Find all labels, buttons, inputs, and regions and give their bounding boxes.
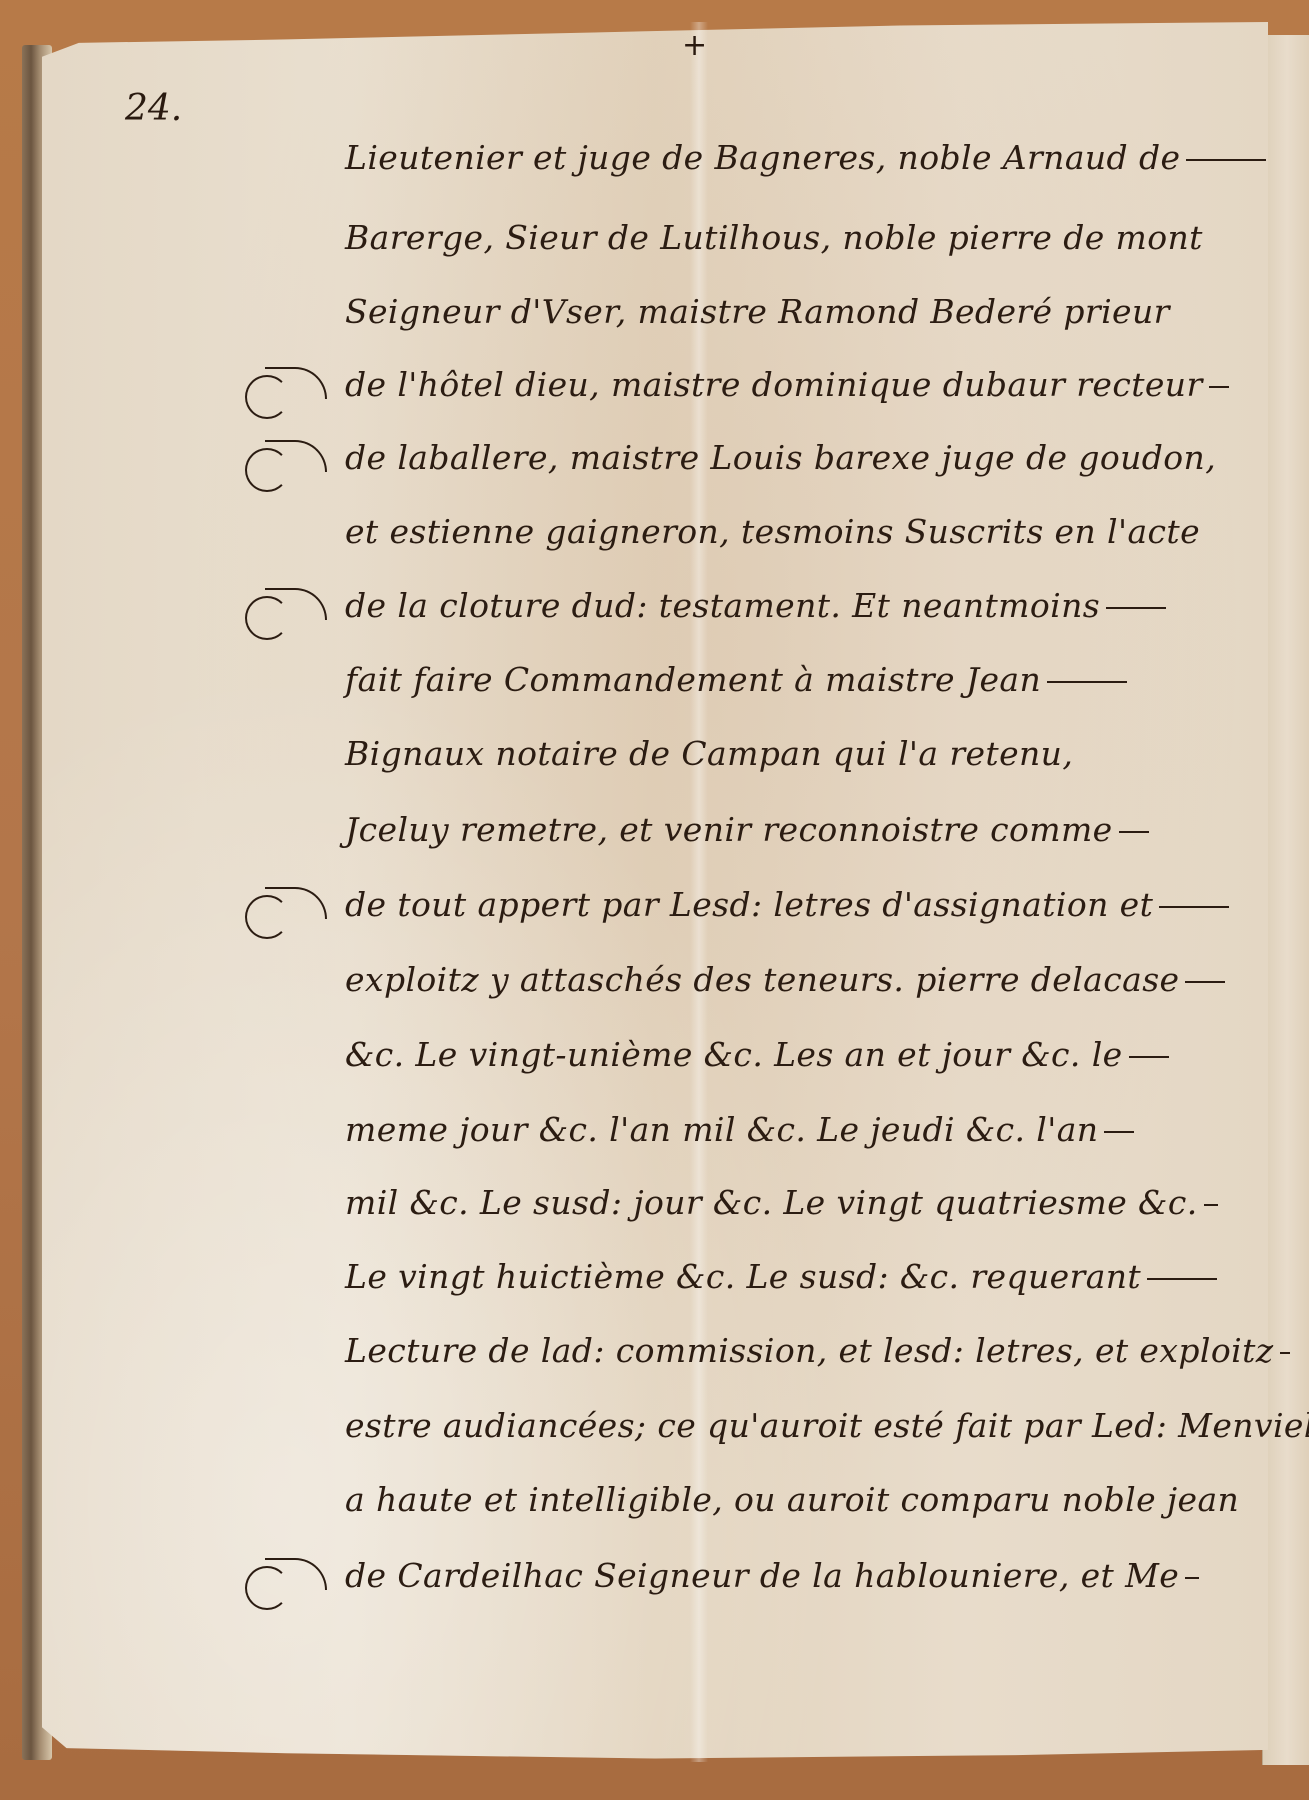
- manuscript-line-text: de laballere, maistre Louis barexe juge …: [345, 438, 1216, 477]
- manuscript-line: de Cardeilhac Seigneur de la hablouniere…: [345, 1556, 1199, 1595]
- manuscript-line-text: &c. Le vingt-unième &c. Les an et jour &…: [345, 1035, 1123, 1074]
- line-filler-dash: [1280, 1352, 1290, 1354]
- manuscript-line: Lieutenier et juge de Bagneres, noble Ar…: [345, 138, 1266, 177]
- manuscript-line-text: exploitz y attaschés des teneurs. pierre…: [345, 960, 1179, 999]
- manuscript-line: Le vingt huictième &c. Le susd: &c. requ…: [345, 1257, 1217, 1296]
- manuscript-line-text: Lecture de lad: commission, et lesd: let…: [345, 1331, 1274, 1370]
- manuscript-line: Barerge, Sieur de Lutilhous, noble pierr…: [345, 218, 1203, 257]
- manuscript-line: Seigneur d'Vser, maistre Ramond Bederé p…: [345, 292, 1170, 331]
- line-filler-dash: [1047, 681, 1127, 683]
- manuscript-line-text: et estienne gaigneron, tesmoins Suscrits…: [345, 512, 1200, 551]
- manuscript-line: a haute et intelligible, ou auroit compa…: [345, 1480, 1239, 1519]
- manuscript-line-text: Barerge, Sieur de Lutilhous, noble pierr…: [345, 218, 1203, 257]
- line-filler-dash: [1119, 831, 1149, 833]
- manuscript-line-text: fait faire Commandement à maistre Jean: [345, 660, 1041, 699]
- margin-flourish-icon: [245, 596, 289, 640]
- margin-flourish-icon: [245, 448, 289, 492]
- manuscript-line-text: meme jour &c. l'an mil &c. Le jeudi &c. …: [345, 1110, 1098, 1149]
- manuscript-line-text: Lieutenier et juge de Bagneres, noble Ar…: [345, 138, 1180, 177]
- manuscript-line-text: de Cardeilhac Seigneur de la hablouniere…: [345, 1556, 1179, 1595]
- manuscript-line: de laballere, maistre Louis barexe juge …: [345, 438, 1216, 477]
- manuscript-line-text: de tout appert par Lesd: letres d'assign…: [345, 885, 1153, 924]
- manuscript-line-text: de l'hôtel dieu, maistre dominique dubau…: [345, 365, 1203, 404]
- manuscript-line: meme jour &c. l'an mil &c. Le jeudi &c. …: [345, 1110, 1134, 1149]
- top-cross-mark: +: [682, 28, 707, 63]
- line-filler-dash: [1147, 1278, 1217, 1280]
- manuscript-line: de tout appert par Lesd: letres d'assign…: [345, 885, 1229, 924]
- manuscript-line: Bignaux notaire de Campan qui l'a retenu…: [345, 734, 1073, 773]
- manuscript-line: de la cloture dud: testament. Et neantmo…: [345, 586, 1166, 625]
- line-filler-dash: [1185, 1577, 1199, 1579]
- line-filler-dash: [1104, 1131, 1134, 1133]
- manuscript-line: exploitz y attaschés des teneurs. pierre…: [345, 960, 1225, 999]
- manuscript-line-text: mil &c. Le susd: jour &c. Le vingt quatr…: [345, 1183, 1198, 1222]
- line-filler-dash: [1204, 1204, 1218, 1206]
- manuscript-line-text: Seigneur d'Vser, maistre Ramond Bederé p…: [345, 292, 1170, 331]
- manuscript-line-text: estre audiancées; ce qu'auroit esté fait…: [345, 1406, 1309, 1445]
- manuscript-line-text: a haute et intelligible, ou auroit compa…: [345, 1480, 1239, 1519]
- line-filler-dash: [1106, 607, 1166, 609]
- margin-flourish-icon: [245, 895, 289, 939]
- manuscript-line-text: Bignaux notaire de Campan qui l'a retenu…: [345, 734, 1073, 773]
- manuscript-line: Lecture de lad: commission, et lesd: let…: [345, 1331, 1290, 1370]
- manuscript-line: &c. Le vingt-unième &c. Les an et jour &…: [345, 1035, 1169, 1074]
- margin-flourish-icon: [245, 1566, 289, 1610]
- margin-flourish-icon: [245, 375, 289, 419]
- line-filler-dash: [1186, 159, 1266, 161]
- manuscript-line: Jceluy remetre, et venir reconnoistre co…: [345, 810, 1149, 849]
- manuscript-line: estre audiancées; ce qu'auroit esté fait…: [345, 1406, 1309, 1445]
- folio-number: 24.: [125, 88, 182, 129]
- line-filler-dash: [1209, 386, 1229, 388]
- manuscript-line-text: Le vingt huictième &c. Le susd: &c. requ…: [345, 1257, 1141, 1296]
- manuscript-line-text: de la cloture dud: testament. Et neantmo…: [345, 586, 1100, 625]
- manuscript-line: de l'hôtel dieu, maistre dominique dubau…: [345, 365, 1229, 404]
- line-filler-dash: [1129, 1056, 1169, 1058]
- manuscript-line-text: Jceluy remetre, et venir reconnoistre co…: [345, 810, 1113, 849]
- manuscript-line: mil &c. Le susd: jour &c. Le vingt quatr…: [345, 1183, 1218, 1222]
- line-filler-dash: [1159, 906, 1229, 908]
- adjacent-page-edge: [1262, 35, 1309, 1765]
- line-filler-dash: [1185, 981, 1225, 983]
- manuscript-line: et estienne gaigneron, tesmoins Suscrits…: [345, 512, 1200, 551]
- manuscript-line: fait faire Commandement à maistre Jean: [345, 660, 1127, 699]
